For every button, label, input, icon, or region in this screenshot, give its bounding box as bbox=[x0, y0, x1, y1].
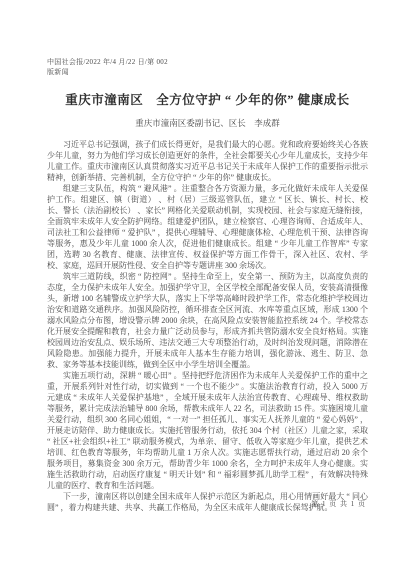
article-byline: 重庆市潼南区委副书记、区长 李成群 bbox=[47, 117, 368, 129]
publication-source-line: 中国社会报/2022 年/4 月/22 日/第 002 bbox=[47, 57, 368, 67]
document-content: 中国社会报/2022 年/4 月/22 日/第 002 版新闻 重庆市潼南区 全… bbox=[47, 0, 368, 513]
article-body: 习近平总书记强调，孩子们成长得更好，是我们最大的心愿。党和政府要始终关心各族少年… bbox=[47, 139, 368, 513]
article-title: 重庆市潼南区 全方位守护 “ 少年的你” 健康成长 bbox=[47, 90, 368, 108]
article-paragraph: 习近平总书记强调，孩子们成长得更好，是我们最大的心愿。党和政府要始终关心各族少年… bbox=[47, 139, 368, 183]
article-paragraph: 组建三支队伍，构筑 “ 避风港” 。注重整合各方资源力量，多元化做好未成年人关爱… bbox=[47, 183, 368, 271]
document-page: 中国社会报/2022 年/4 月/22 日/第 002 版新闻 重庆市潼南区 全… bbox=[0, 0, 410, 580]
article-paragraph: 筑牢三道防线，织密 “ 防控网” 。坚持生命至上，安全第一、预防为主，以高度负责… bbox=[47, 271, 368, 370]
publication-header: 中国社会报/2022 年/4 月/22 日/第 002 版新闻 bbox=[47, 57, 368, 77]
article-paragraph: 实施五项行动，深耕 “ 暖心田” 。坚持把纾危济困作为未成年人关爱保护工作的重中… bbox=[47, 370, 368, 491]
page-number-footer: 第 1 页 共 1 页 bbox=[311, 499, 366, 509]
publication-section-line: 版新闻 bbox=[47, 67, 368, 77]
